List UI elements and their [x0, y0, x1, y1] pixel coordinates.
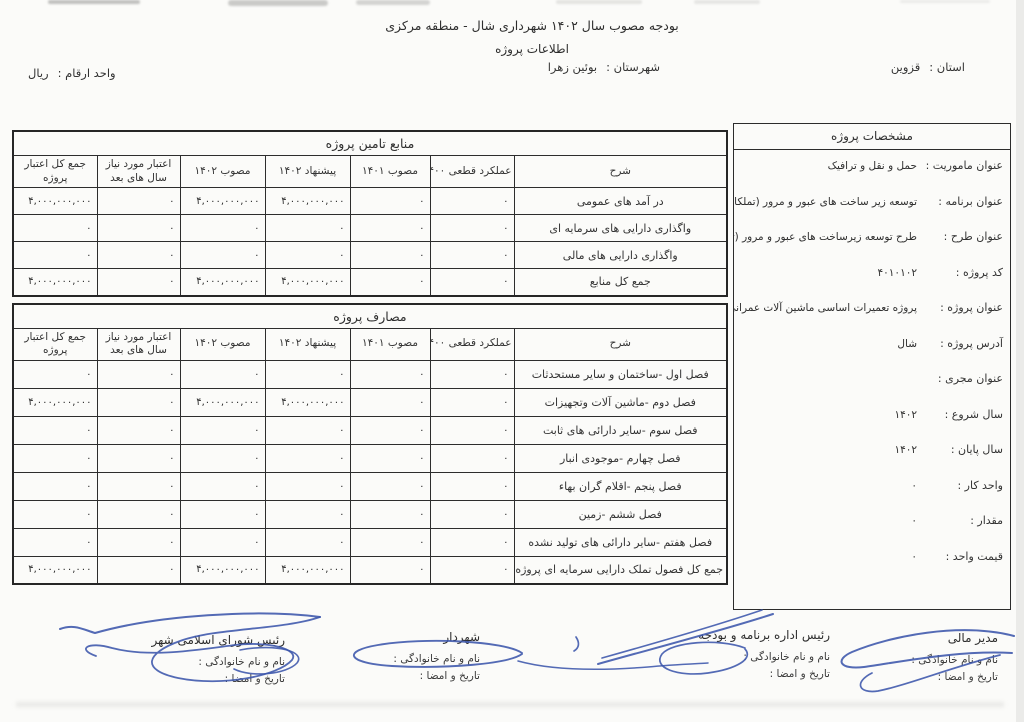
date-label: تاریخ و امضا : — [911, 669, 998, 686]
signature-block: شهردار نام و نام خانوادگی : تاریخ و امضا… — [393, 630, 480, 685]
amount-cell: ۰ — [350, 556, 430, 584]
spec-field: کد پروژه : ۴۰۱۰۱۰۲ — [734, 266, 1003, 302]
row-label: واگذاری دارایی های سرمایه ای — [514, 215, 727, 242]
scan-artifact — [228, 0, 328, 6]
scan-artifact — [48, 0, 140, 4]
spec-label: کد پروژه : — [917, 266, 1003, 280]
amount-cell: ۰ — [97, 500, 180, 528]
amount-cell: ۰ — [350, 269, 430, 296]
spec-field: آدرس پروژه : شال — [734, 337, 1003, 373]
column-header: اعتبار مورد نیاز سال های بعد — [97, 328, 180, 360]
amount-cell: ۰ — [97, 444, 180, 472]
amount-cell: ۰ — [350, 388, 430, 416]
amount-cell: ۰ — [13, 500, 97, 528]
amount-cell: ۰ — [13, 416, 97, 444]
row-label: واگذاری دارایی های مالی — [514, 242, 727, 269]
scanned-budget-form: بودجه مصوب سال ۱۴۰۲ شهرداری شال - منطقه … — [0, 0, 1024, 722]
column-header: جمع کل اعتبار پروژه — [13, 156, 97, 188]
spec-value: ۱۴۰۲ — [894, 443, 917, 457]
amount-cell: ۰ — [13, 215, 97, 242]
amount-cell: ۴,۰۰۰,۰۰۰,۰۰۰ — [13, 269, 97, 296]
amount-cell: ۰ — [180, 444, 265, 472]
amount-cell: ۰ — [265, 215, 350, 242]
amount-cell: ۰ — [430, 388, 514, 416]
amount-cell: ۰ — [180, 472, 265, 500]
amount-cell: ۰ — [13, 472, 97, 500]
amount-cell: ۰ — [13, 528, 97, 556]
amount-cell: ۰ — [350, 416, 430, 444]
amount-cell: ۰ — [430, 500, 514, 528]
date-label: تاریخ و امضا : — [393, 668, 480, 685]
spec-label: عنوان ماموریت : — [917, 159, 1003, 173]
spec-field: عنوان پروژه : پروژه تعمیرات اساسی ماشین … — [734, 301, 1003, 337]
spec-value: ۰ — [911, 550, 917, 564]
signature-role: مدیر مالی — [911, 631, 998, 645]
spec-label: سال شروع : — [917, 408, 1003, 422]
column-header: جمع کل اعتبار پروژه — [13, 328, 97, 360]
province-field: استان :قزوین — [891, 60, 965, 74]
uses-table-title: مصارف پروژه — [13, 304, 727, 329]
amount-cell: ۰ — [350, 500, 430, 528]
amount-cell: ۴,۰۰۰,۰۰۰,۰۰۰ — [13, 556, 97, 584]
column-header: اعتبار مورد نیاز سال های بعد — [97, 156, 180, 188]
date-label: تاریخ و امضا : — [698, 666, 830, 683]
name-label: نام و نام خانوادگی : — [911, 652, 998, 669]
table-row: فصل ششم -زمین ۰ ۰ ۰ ۰ ۰ ۰ — [13, 500, 727, 528]
table-row: فصل اول -ساختمان و سایر مستحدثات ۰ ۰ ۰ ۰… — [13, 360, 727, 388]
amount-cell: ۴,۰۰۰,۰۰۰,۰۰۰ — [13, 188, 97, 215]
unit-label: واحد ارقام : — [58, 66, 116, 80]
spec-value: طرح توسعه زیرساخت های عبور و مرور (تملکا… — [733, 230, 917, 244]
county-value: بوئین زهرا — [548, 60, 597, 74]
amount-cell: ۰ — [13, 242, 97, 269]
sources-table: منابع تامین پروژه شرح عملکرد قطعی ۱۴۰۰ م… — [12, 130, 728, 297]
amount-cell: ۰ — [430, 556, 514, 584]
amount-cell: ۰ — [97, 360, 180, 388]
amount-cell: ۰ — [180, 242, 265, 269]
amount-cell: ۰ — [97, 416, 180, 444]
column-header: مصوب ۱۴۰۱ — [350, 156, 430, 188]
amount-cell: ۰ — [430, 528, 514, 556]
row-label: جمع کل منابع — [514, 269, 727, 296]
amount-cell: ۰ — [430, 416, 514, 444]
spec-value: ۴۰۱۰۱۰۲ — [878, 266, 917, 280]
signature-ink-mayor — [518, 661, 708, 669]
table-row: فصل چهارم -موجودی انبار ۰ ۰ ۰ ۰ ۰ ۰ — [13, 444, 727, 472]
table-row: جمع کل فصول تملک دارایی سرمایه ای پروژه … — [13, 556, 727, 584]
amount-cell: ۴,۰۰۰,۰۰۰,۰۰۰ — [265, 269, 350, 296]
row-label: فصل چهارم -موجودی انبار — [514, 444, 727, 472]
scan-artifact — [694, 0, 760, 4]
table-row: در آمد های عمومی ۰ ۰ ۴,۰۰۰,۰۰۰,۰۰۰ ۴,۰۰۰… — [13, 188, 727, 215]
spec-label: عنوان مجری : — [917, 372, 1003, 386]
county-label: شهرستان : — [606, 60, 660, 74]
uses-header-row: شرح عملکرد قطعی ۱۴۰۰ مصوب ۱۴۰۱ پیشنهاد ۱… — [13, 328, 727, 360]
amount-cell: ۴,۰۰۰,۰۰۰,۰۰۰ — [180, 188, 265, 215]
signature-role: رئیس شورای اسلامی شهر — [152, 633, 285, 647]
amount-cell: ۰ — [350, 472, 430, 500]
spec-value: پروژه تعمیرات اساسی ماشین آلات عمرانی — [733, 301, 917, 315]
amount-cell: ۰ — [265, 416, 350, 444]
amount-cell: ۰ — [97, 556, 180, 584]
signature-block: رئیس شورای اسلامی شهر نام و نام خانوادگی… — [152, 633, 285, 688]
spec-field: عنوان مجری : — [734, 372, 1003, 408]
amount-cell: ۰ — [265, 528, 350, 556]
amount-cell: ۰ — [97, 528, 180, 556]
amount-cell: ۴,۰۰۰,۰۰۰,۰۰۰ — [265, 188, 350, 215]
scan-page-edge — [1016, 0, 1024, 722]
amount-cell: ۰ — [265, 360, 350, 388]
spec-label: عنوان پروژه : — [917, 301, 1003, 315]
amount-cell: ۰ — [430, 269, 514, 296]
unit-value: ریال — [28, 66, 49, 80]
panel-title: مشخصات پروژه — [734, 124, 1010, 150]
amount-cell: ۴,۰۰۰,۰۰۰,۰۰۰ — [180, 388, 265, 416]
amount-cell: ۰ — [97, 388, 180, 416]
amount-cell: ۰ — [97, 188, 180, 215]
spec-label: عنوان برنامه : — [917, 195, 1003, 209]
project-specs-panel: مشخصات پروژه عنوان ماموریت : حمل و نقل و… — [733, 123, 1011, 610]
column-header: شرح — [514, 328, 727, 360]
spec-field: سال شروع : ۱۴۰۲ — [734, 408, 1003, 444]
spec-field: قیمت واحد : ۰ — [734, 550, 1003, 586]
spec-field: عنوان برنامه : توسعه زیر ساخت های عبور و… — [734, 195, 1003, 231]
scan-artifact — [16, 702, 1004, 707]
spec-label: واحد کار : — [917, 479, 1003, 493]
signature-block: رئیس اداره برنامه و بودجه نام و نام خانو… — [698, 628, 830, 683]
row-label: فصل هفتم -سایر دارائی های تولید نشده — [514, 528, 727, 556]
spec-label: عنوان طرح : — [917, 230, 1003, 244]
sources-table-title: منابع تامین پروژه — [13, 131, 727, 156]
spec-field: عنوان طرح : طرح توسعه زیرساخت های عبور و… — [734, 230, 1003, 266]
column-header: مصوب ۱۴۰۱ — [350, 328, 430, 360]
province-label: استان : — [929, 60, 965, 74]
name-label: نام و نام خانوادگی : — [393, 651, 480, 668]
amount-cell: ۰ — [180, 215, 265, 242]
signature-ink-council — [60, 614, 320, 633]
column-header: مصوب ۱۴۰۲ — [180, 156, 265, 188]
column-header: عملکرد قطعی ۱۴۰۰ — [430, 328, 514, 360]
scan-artifact — [356, 0, 430, 5]
signature-role: رئیس اداره برنامه و بودجه — [698, 628, 830, 642]
row-label: فصل پنجم -اقلام گران بهاء — [514, 472, 727, 500]
spec-value: ۰ — [911, 479, 917, 493]
amount-cell: ۰ — [430, 188, 514, 215]
row-label: فصل اول -ساختمان و سایر مستحدثات — [514, 360, 727, 388]
amount-cell: ۰ — [180, 416, 265, 444]
amount-cell: ۰ — [265, 500, 350, 528]
spec-label: مقدار : — [917, 514, 1003, 528]
amount-cell: ۰ — [97, 242, 180, 269]
table-row: واگذاری دارایی های سرمایه ای ۰ ۰ ۰ ۰ ۰ ۰ — [13, 215, 727, 242]
amount-cell: ۴,۰۰۰,۰۰۰,۰۰۰ — [13, 388, 97, 416]
uses-table: مصارف پروژه شرح عملکرد قطعی ۱۴۰۰ مصوب ۱۴… — [12, 303, 728, 586]
amount-cell: ۰ — [97, 215, 180, 242]
spec-field: واحد کار : ۰ — [734, 479, 1003, 515]
amount-cell: ۰ — [180, 500, 265, 528]
amount-cell: ۰ — [350, 360, 430, 388]
spec-value: توسعه زیر ساخت های عبور و مرور (تملکات م… — [733, 195, 917, 209]
spec-value: ۰ — [911, 514, 917, 528]
spec-label: آدرس پروژه : — [917, 337, 1003, 351]
column-header: پیشنهاد ۱۴۰۲ — [265, 328, 350, 360]
table-row: فصل سوم -سایر دارائی های ثابت ۰ ۰ ۰ ۰ ۰ … — [13, 416, 727, 444]
amount-cell: ۰ — [430, 360, 514, 388]
amount-cell: ۴,۰۰۰,۰۰۰,۰۰۰ — [265, 388, 350, 416]
amount-cell: ۰ — [350, 528, 430, 556]
form-subtitle: اطلاعات پروژه — [40, 42, 1024, 56]
signature-ink-budget — [574, 637, 578, 651]
form-title: بودجه مصوب سال ۱۴۰۲ شهرداری شال - منطقه … — [40, 18, 1024, 33]
amount-cell: ۰ — [430, 444, 514, 472]
row-label: فصل ششم -زمین — [514, 500, 727, 528]
amount-cell: ۰ — [350, 242, 430, 269]
amount-cell: ۰ — [430, 215, 514, 242]
province-value: قزوین — [891, 60, 920, 74]
amount-cell: ۰ — [13, 444, 97, 472]
table-row: واگذاری دارایی های مالی ۰ ۰ ۰ ۰ ۰ ۰ — [13, 242, 727, 269]
scan-artifact — [556, 0, 642, 4]
row-label: در آمد های عمومی — [514, 188, 727, 215]
amount-cell: ۰ — [350, 215, 430, 242]
budget-tables: منابع تامین پروژه شرح عملکرد قطعی ۱۴۰۰ م… — [14, 130, 728, 585]
amount-cell: ۰ — [350, 444, 430, 472]
amount-cell: ۰ — [97, 269, 180, 296]
spec-label: سال پایان : — [917, 443, 1003, 457]
county-field: شهرستان :بوئین زهرا — [548, 60, 660, 74]
amount-cell: ۰ — [430, 472, 514, 500]
table-row: فصل پنجم -اقلام گران بهاء ۰ ۰ ۰ ۰ ۰ ۰ — [13, 472, 727, 500]
column-header: پیشنهاد ۱۴۰۲ — [265, 156, 350, 188]
amount-cell: ۰ — [430, 242, 514, 269]
spec-field: مقدار : ۰ — [734, 514, 1003, 550]
date-label: تاریخ و امضا : — [152, 671, 285, 688]
spec-value: شال — [897, 337, 917, 351]
amount-cell: ۰ — [265, 444, 350, 472]
amount-cell: ۰ — [180, 360, 265, 388]
table-row: فصل دوم -ماشین آلات وتجهیزات ۰ ۰ ۴,۰۰۰,۰… — [13, 388, 727, 416]
amount-cell: ۰ — [97, 472, 180, 500]
sources-header-row: شرح عملکرد قطعی ۱۴۰۰ مصوب ۱۴۰۱ پیشنهاد ۱… — [13, 156, 727, 188]
amount-cell: ۴,۰۰۰,۰۰۰,۰۰۰ — [180, 556, 265, 584]
amount-cell: ۰ — [265, 242, 350, 269]
signature-block: مدیر مالی نام و نام خانوادگی : تاریخ و ا… — [911, 631, 998, 686]
amount-cell: ۰ — [350, 188, 430, 215]
row-label: فصل سوم -سایر دارائی های ثابت — [514, 416, 727, 444]
amount-cell: ۴,۰۰۰,۰۰۰,۰۰۰ — [265, 556, 350, 584]
column-header: شرح — [514, 156, 727, 188]
spec-value: ۱۴۰۲ — [894, 408, 917, 422]
spec-value: حمل و نقل و ترافیک — [828, 159, 917, 173]
form-header: بودجه مصوب سال ۱۴۰۲ شهرداری شال - منطقه … — [40, 18, 1024, 56]
amount-cell: ۰ — [13, 360, 97, 388]
spec-label: قیمت واحد : — [917, 550, 1003, 564]
name-label: نام و نام خانوادگی : — [152, 654, 285, 671]
signature-role: شهردار — [393, 630, 480, 644]
column-header: مصوب ۱۴۰۲ — [180, 328, 265, 360]
spec-field: سال پایان : ۱۴۰۲ — [734, 443, 1003, 479]
table-row: فصل هفتم -سایر دارائی های تولید نشده ۰ ۰… — [13, 528, 727, 556]
amount-cell: ۰ — [265, 472, 350, 500]
unit-field: واحد ارقام :ریال — [28, 66, 116, 80]
spec-field: عنوان ماموریت : حمل و نقل و ترافیک — [734, 159, 1003, 195]
column-header: عملکرد قطعی ۱۴۰۰ — [430, 156, 514, 188]
amount-cell: ۴,۰۰۰,۰۰۰,۰۰۰ — [180, 269, 265, 296]
name-label: نام و نام خانوادگی : — [698, 649, 830, 666]
table-row: جمع کل منابع ۰ ۰ ۴,۰۰۰,۰۰۰,۰۰۰ ۴,۰۰۰,۰۰۰… — [13, 269, 727, 296]
row-label: فصل دوم -ماشین آلات وتجهیزات — [514, 388, 727, 416]
amount-cell: ۰ — [180, 528, 265, 556]
row-label: جمع کل فصول تملک دارایی سرمایه ای پروژه — [514, 556, 727, 584]
scan-artifact — [900, 0, 990, 3]
